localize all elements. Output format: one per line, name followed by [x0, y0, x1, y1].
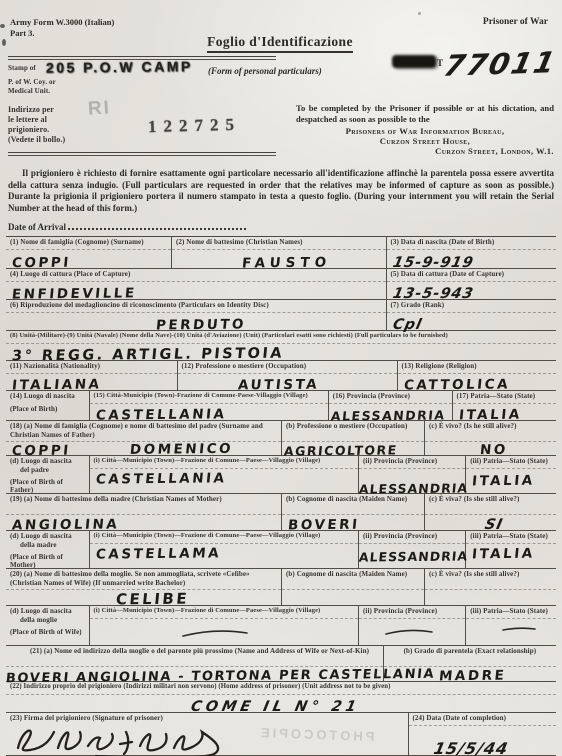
field-row-identity-disc: (6) Riproduzione del medaglioncino di ri…	[6, 300, 556, 331]
mother-alive-value: SI	[483, 517, 504, 533]
mother-birth-town-value: CASTELLAMA	[95, 545, 222, 562]
prisoner-of-war-label: Prisoner of War	[483, 17, 548, 27]
address-label-1: Indirizzo per	[8, 105, 54, 115]
pow-camp-stamp: 205 P.O.W CAMP	[46, 58, 193, 76]
bureau-address-block: To be completed by the Prisoner if possi…	[296, 103, 554, 156]
prisoner-signature	[8, 722, 243, 756]
christian-names-value: FAUSTO	[241, 255, 332, 272]
surname-value: COPPI	[11, 255, 71, 272]
address-label-4: (Vedete il bollo.)	[8, 135, 65, 145]
birth-town-label: (15) Città-Municipio (Town)-Frazione di …	[94, 392, 324, 400]
date-of-arrival-line: Date of Arrival	[8, 220, 246, 232]
father-birth-state-label: (iii) Patria—Stato (State)	[470, 457, 552, 466]
wife-birth-label-1: (d) Luogo di nascita	[10, 607, 85, 616]
unit-label: (8) Unità-(Militare)-(9) Unità (Navale) …	[10, 332, 552, 340]
surname-label: (1) Nome di famiglia (Cognome) (Surname)	[10, 238, 167, 247]
father-occupation-value: AGRICOLTORE	[283, 442, 398, 458]
wife-alive-cell: (c) È viva? (Is she still alive?)	[424, 569, 556, 605]
field-row-home-address: (22) Indirizzo proprio del prigioniero (…	[6, 682, 556, 713]
dash-mark	[501, 625, 537, 633]
birth-town-value: CASTELLANIA	[95, 406, 227, 423]
field-row-nationality: (11) Nazionalità (Nationality) ITALIANA …	[6, 361, 556, 391]
birth-left-label-cell: (14) Luogo di nascita (Place of Birth)	[6, 391, 89, 420]
wife-name-value: CELIBE	[115, 590, 190, 609]
identity-disc-cell: (6) Riproduzione del medaglioncino di ri…	[6, 300, 386, 330]
registry-number-stamp: 122725	[148, 115, 241, 137]
signature-cell: (23) Firma del prigioniero (Signature of…	[6, 713, 408, 755]
nok-relationship-label: (b) Grado di parentela (Exact relationsh…	[388, 647, 552, 656]
completion-date-value: 15/5/44	[431, 739, 509, 756]
birth-state-cell: (17) Patria—Stato (State) ITALIA	[452, 391, 557, 420]
father-birth-state-value: ITALIA	[471, 473, 535, 490]
wife-birth-province-label: (ii) Provincia (Province)	[363, 607, 461, 616]
date-of-arrival-label: Date of Arrival	[8, 222, 66, 232]
surname-cell: (1) Nome di famiglia (Cognome) (Surname)…	[6, 237, 171, 268]
mother-birth-province-value: ALESSANDRIA	[358, 548, 469, 564]
birth-state-value: ITALIA	[458, 407, 522, 424]
field-row-father-birth: (d) Luogo di nascita del padre (Place of…	[6, 456, 556, 494]
father-birth-province-value: ALESSANDRIA	[358, 480, 469, 496]
christian-names-label: (2) Nome di battesimo (Christian Names)	[176, 238, 382, 247]
field-row-wife: (20) (a) Nome di battesimo della moglie.…	[6, 569, 556, 606]
dash-mark	[384, 627, 434, 637]
field-row-next-of-kin: (21) (a) Nome ed indirizzo della moglie …	[6, 646, 556, 682]
identity-disc-value: PERDUTO	[155, 317, 246, 334]
father-birth-province-cell: (ii) Provincia (Province) ALESSANDRIA	[358, 456, 465, 493]
wife-birth-state-label: (iii) Patria—Stato (State)	[470, 607, 552, 616]
mother-alive-label: (c) È viva? (Is she still alive?)	[429, 495, 552, 504]
rank-label: (7) Grado (Rank)	[391, 301, 553, 310]
wife-birth-town-cell: (i) Città—Municipio (Town)—Frazione di C…	[89, 606, 359, 645]
mother-birth-province-cell: (ii) Provincia (Province) ALESSANDRIA	[358, 531, 465, 568]
father-name-label: (18) (a) Nome di famiglia (Cognome) e no…	[10, 422, 277, 440]
christian-names-cell: (2) Nome di battesimo (Christian Names) …	[171, 237, 386, 268]
mother-maiden-value: BOVERI	[287, 517, 360, 534]
father-name-cell: (18) (a) Nome di famiglia (Cognome) e no…	[6, 421, 281, 455]
bureau-line-2: Curzon Street House,	[296, 136, 554, 146]
wife-name-label: (20) (a) Nome di battesimo della moglie.…	[10, 570, 277, 588]
mother-birth-state-label: (iii) Patria—Stato (State)	[470, 532, 552, 541]
stamp-label-2: P. of W. Coy. or	[8, 78, 56, 87]
field-row-wife-birth: (d) Luogo di nascita della moglie (Place…	[6, 606, 556, 646]
father-birth-label-3: (Place of Birth of Father)	[10, 478, 85, 496]
stamp-label-1: Stamp of	[8, 64, 36, 73]
father-name-value: COPPI DOMENICO	[11, 441, 234, 459]
nationality-cell: (11) Nazionalità (Nationality) ITALIANA	[6, 361, 177, 390]
field-row-unit: (8) Unità-(Militare)-(9) Unità (Navale) …	[6, 331, 556, 361]
instructions-paragraph: Il prigioniero è richiesto di fornire es…	[8, 168, 554, 215]
father-birth-town-value: CASTELLANIA	[95, 470, 227, 487]
father-alive-label: (c) È vivo? (Is he still alive?)	[429, 422, 552, 431]
particulars-table: (1) Nome di famiglia (Cognome) (Surname)…	[6, 236, 556, 756]
form-title: Foglio d'Identificazione	[207, 34, 353, 53]
ink-smudge-stamp	[392, 55, 436, 68]
form-title-wrap: Foglio d'Identificazione	[160, 33, 400, 51]
mother-name-cell: (19) (a) Nome di battesimo della madre (…	[6, 494, 281, 530]
religion-value: CATTOLICA	[403, 376, 511, 393]
paper-speck	[418, 12, 421, 15]
birth-province-cell: (16) Provincia (Province) ALESSANDRIA	[328, 391, 452, 420]
home-address-value: COME IL N° 21	[189, 699, 361, 715]
father-alive-cell: (c) È vivo? (Is he still alive?) NO	[424, 421, 556, 455]
birth-town-cell: (15) Città-Municipio (Town)-Frazione di …	[89, 391, 328, 420]
mother-birth-label-2: della madre	[20, 541, 85, 550]
occupation-cell: (12) Professione o mestiere (Occupation)…	[177, 361, 397, 390]
wife-birth-town-label: (i) Città—Municipio (Town)—Frazione di C…	[94, 607, 355, 615]
mother-birth-state-cell: (iii) Patria—Stato (State) ITALIA	[465, 531, 556, 568]
capture-date-value: 13-5-943	[391, 286, 475, 302]
dob-cell: (3) Data di nascita (Date of Birth) 15-9…	[386, 237, 557, 268]
dob-value: 15-9-919	[391, 255, 475, 271]
father-alive-value: NO	[479, 442, 508, 458]
wife-birth-label-3: (Place of Birth of Wife)	[10, 628, 85, 637]
field-row-mother: (19) (a) Nome di battesimo della madre (…	[6, 494, 556, 531]
nationality-value: ITALIANA	[11, 377, 102, 394]
field-row-birth: (14) Luogo di nascita (Place of Birth) (…	[6, 391, 556, 421]
dash-mark	[180, 627, 250, 639]
home-address-cell: (22) Indirizzo proprio del prigioniero (…	[6, 682, 556, 712]
address-label-3: prigioniero.	[8, 125, 49, 135]
photocopy-bleedthrough-stamp: PHOTOCOPIE	[258, 725, 375, 744]
capture-date-label: (5) Data di cattura (Date of Capture)	[391, 270, 553, 279]
paper-speck	[0, 24, 5, 28]
field-row-signature: (23) Firma del prigioniero (Signature of…	[6, 713, 556, 756]
serial-number-block: T77011	[392, 47, 556, 81]
faint-ri-stamp: RI	[87, 97, 111, 121]
wife-birth-state-cell: (iii) Patria—Stato (State)	[465, 606, 556, 645]
mother-name-label: (19) (a) Nome di battesimo della madre (…	[10, 495, 277, 504]
divider-rule	[8, 152, 276, 156]
wife-maiden-label: (b) Cognome di nascita (Maiden Name)	[286, 570, 420, 579]
form-number: Army Form W.3000 (Italian)	[10, 17, 114, 27]
mother-birth-label-3: (Place of Birth of Mother)	[10, 553, 85, 571]
completion-date-cell: (24) Data (Date of completion) 15/5/44	[408, 713, 557, 755]
occupation-label: (12) Professione o mestiere (Occupation)	[182, 362, 393, 371]
nok-relationship-value: MADRE	[438, 668, 507, 685]
father-birth-label-2: del padre	[20, 466, 85, 475]
occupation-value: AUTISTA	[237, 377, 320, 394]
rank-value: Cpl	[391, 317, 423, 333]
paper-speck	[2, 39, 6, 46]
field-row-name: (1) Nome di famiglia (Cognome) (Surname)…	[6, 237, 556, 269]
wife-birth-province-cell: (ii) Provincia (Province)	[358, 606, 465, 645]
rank-cell: (7) Grado (Rank) Cpl	[386, 300, 557, 330]
address-label-2: le lettere al	[8, 115, 47, 125]
capture-date-cell: (5) Data di cattura (Date of Capture) 13…	[386, 269, 557, 299]
birth-province-value: ALESSANDRIA	[330, 407, 446, 423]
serial-prefix: T	[437, 58, 443, 68]
mother-maiden-cell: (b) Cognome di nascita (Maiden Name) BOV…	[281, 494, 424, 530]
bureau-line-3: Curzon Street, London, W.1.	[296, 146, 554, 156]
completion-note: To be completed by the Prisoner if possi…	[296, 103, 554, 125]
field-row-capture: (4) Luogo di cattura (Place of Capture) …	[6, 269, 556, 300]
birth-label-2: (Place of Birth)	[10, 405, 85, 414]
religion-label: (13) Religione (Religion)	[402, 362, 553, 371]
mother-birth-town-label: (i) Città—Municipio (Town)—Frazione di C…	[94, 532, 355, 540]
completion-date-label: (24) Data (Date of completion)	[413, 714, 553, 723]
wife-alive-label: (c) È viva? (Is she still alive?)	[429, 570, 552, 579]
wife-birth-left-label-cell: (d) Luogo di nascita della moglie (Place…	[6, 606, 89, 645]
form-part: Part 3.	[10, 28, 35, 38]
father-birth-state-cell: (iii) Patria—Stato (State) ITALIA	[465, 456, 556, 493]
dob-label: (3) Data di nascita (Date of Birth)	[391, 238, 553, 247]
unit-value: 3° REGG. ARTIGL. PISTOIA	[11, 346, 285, 365]
form-subtitle: (Form of personal particulars)	[208, 66, 322, 76]
serial-number: 77011	[441, 45, 560, 83]
bureau-line-1: Prisoners of War Information Bureau,	[296, 126, 554, 136]
father-occupation-cell: (b) Professione o mestiere (Occupation) …	[281, 421, 424, 455]
dotted-leader	[68, 220, 246, 230]
mother-birth-town-cell: (i) Città—Municipio (Town)—Frazione di C…	[89, 531, 359, 568]
father-birth-town-cell: (i) Città—Municipio (Town)—Frazione di C…	[89, 456, 359, 493]
nok-cell: (21) (a) Nome ed indirizzo della moglie …	[6, 646, 383, 681]
father-birth-province-label: (ii) Provincia (Province)	[363, 457, 461, 466]
capture-place-label: (4) Luogo di cattura (Place of Capture)	[10, 270, 382, 279]
mother-birth-province-label: (ii) Provincia (Province)	[363, 532, 461, 541]
religion-cell: (13) Religione (Religion) CATTOLICA	[397, 361, 557, 390]
mother-maiden-label: (b) Cognome di nascita (Maiden Name)	[286, 495, 420, 504]
capture-place-value: ENFIDEVILLE	[11, 285, 137, 302]
capture-place-cell: (4) Luogo di cattura (Place of Capture) …	[6, 269, 386, 299]
field-row-father: (18) (a) Nome di famiglia (Cognome) e no…	[6, 421, 556, 456]
unit-cell: (8) Unità-(Militare)-(9) Unità (Navale) …	[6, 331, 556, 360]
mother-birth-state-value: ITALIA	[471, 546, 535, 563]
birth-state-label: (17) Patria—Stato (State)	[457, 392, 553, 401]
identity-disc-label: (6) Riproduzione del medaglioncino di ri…	[10, 301, 382, 310]
field-row-mother-birth: (d) Luogo di nascita della madre (Place …	[6, 531, 556, 569]
nok-label: (21) (a) Nome ed indirizzo della moglie …	[10, 647, 379, 656]
mother-alive-cell: (c) È viva? (Is she still alive?) SI	[424, 494, 556, 530]
father-birth-left-label-cell: (d) Luogo di nascita del padre (Place of…	[6, 456, 89, 493]
pow-identification-form: Army Form W.3000 (Italian) Part 3. Priso…	[0, 0, 562, 756]
mother-name-value: ANGIOLINA	[11, 516, 120, 533]
birth-province-label: (16) Provincia (Province)	[333, 392, 448, 401]
stamp-label-3: Medical Unit.	[8, 87, 50, 96]
mother-birth-left-label-cell: (d) Luogo di nascita della madre (Place …	[6, 531, 89, 568]
wife-name-cell: (20) (a) Nome di battesimo della moglie.…	[6, 569, 281, 605]
wife-maiden-cell: (b) Cognome di nascita (Maiden Name)	[281, 569, 424, 605]
wife-birth-label-2: della moglie	[20, 616, 85, 625]
